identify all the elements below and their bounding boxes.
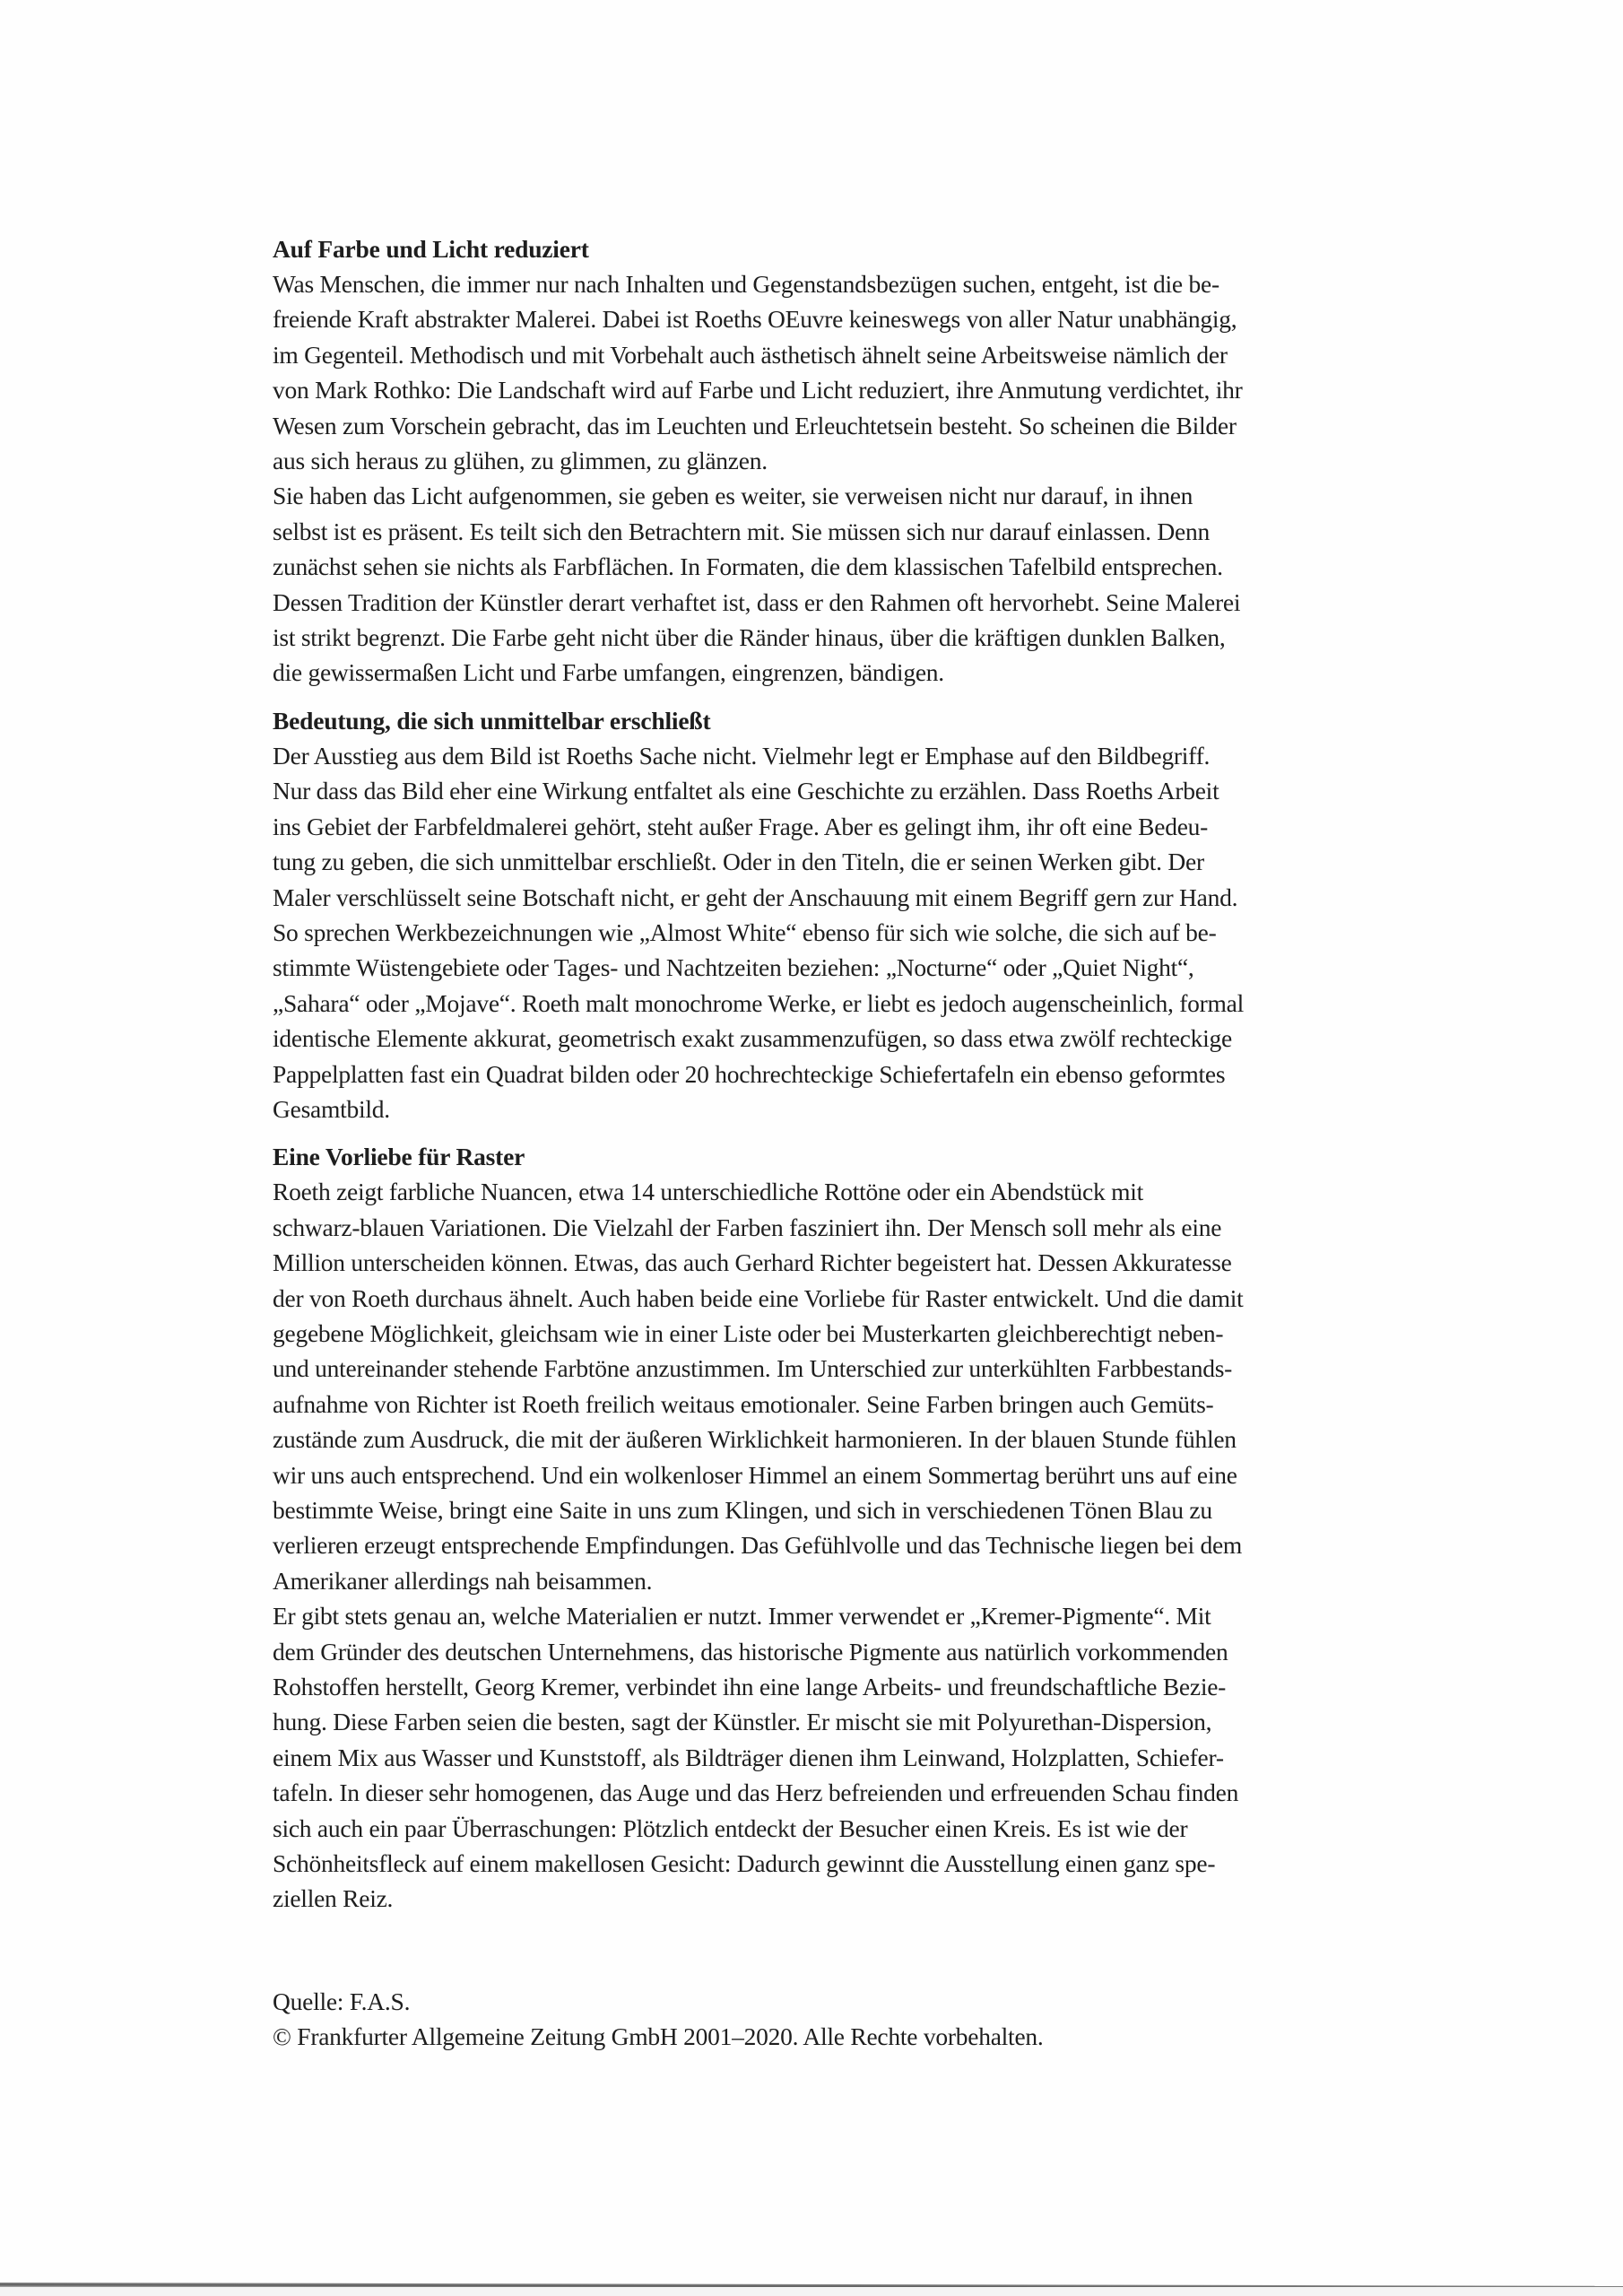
text-line: Rohstoffen herstellt, Georg Kremer, verb… xyxy=(273,1669,1474,1704)
section-heading: Eine Vorliebe für Raster xyxy=(273,1139,1474,1174)
text-line: aus sich heraus zu glühen, zu glimmen, z… xyxy=(273,443,1474,478)
section-heading: Bedeutung, die sich unmittelbar erschlie… xyxy=(273,703,1474,738)
text-line: dem Gründer des deutschen Unternehmens, … xyxy=(273,1634,1474,1669)
article-body: Auf Farbe und Licht reduziert Was Mensch… xyxy=(273,231,1474,1917)
scanned-page: Auf Farbe und Licht reduziert Was Mensch… xyxy=(0,0,1623,2296)
text-line: tung zu geben, die sich unmittelbar ersc… xyxy=(273,844,1474,879)
text-line: zunächst sehen sie nichts als Farbfläche… xyxy=(273,549,1474,584)
text-line: schwarz-blauen Variationen. Die Vielzahl… xyxy=(273,1210,1474,1245)
text-line: Roeth zeigt farbliche Nuancen, etwa 14 u… xyxy=(273,1174,1474,1209)
section-bedeutung: Bedeutung, die sich unmittelbar erschlie… xyxy=(273,703,1474,1126)
section-vorliebe-fuer-raster: Eine Vorliebe für Raster Roeth zeigt far… xyxy=(273,1139,1474,1917)
section-heading: Auf Farbe und Licht reduziert xyxy=(273,231,1474,266)
scan-bottom-margin xyxy=(0,2287,1623,2296)
text-line: bestimmte Weise, bringt eine Saite in un… xyxy=(273,1492,1474,1527)
text-line: einem Mix aus Wasser und Kunststoff, als… xyxy=(273,1740,1474,1775)
text-line: Er gibt stets genau an, welche Materiali… xyxy=(273,1598,1474,1633)
text-line: der von Roeth durchaus ähnelt. Auch habe… xyxy=(273,1281,1474,1316)
text-line: Sie haben das Licht aufgenommen, sie geb… xyxy=(273,478,1474,513)
paragraph: Sie haben das Licht aufgenommen, sie geb… xyxy=(273,478,1474,690)
text-line: ins Gebiet der Farbfeldmalerei gehört, s… xyxy=(273,809,1474,844)
text-line: So sprechen Werkbezeichnungen wie „Almos… xyxy=(273,915,1474,950)
source-footer: Quelle: F.A.S. © Frankfurter Allgemeine … xyxy=(273,1984,1474,2055)
text-line: von Mark Rothko: Die Landschaft wird auf… xyxy=(273,372,1474,407)
text-line: freiende Kraft abstrakter Malerei. Dabei… xyxy=(273,301,1474,336)
text-line: wir uns auch entsprechend. Und ein wolke… xyxy=(273,1457,1474,1492)
text-line: selbst ist es präsent. Es teilt sich den… xyxy=(273,514,1474,549)
text-line: verlieren erzeugt entsprechende Empfindu… xyxy=(273,1527,1474,1562)
paragraph: Was Menschen, die immer nur nach Inhalte… xyxy=(273,266,1474,478)
text-line: ziellen Reiz. xyxy=(273,1881,1474,1916)
text-line: Nur dass das Bild eher eine Wirkung entf… xyxy=(273,773,1474,808)
text-line: „Sahara“ oder „Mojave“. Roeth malt monoc… xyxy=(273,986,1474,1021)
text-line: Schönheitsfleck auf einem makellosen Ges… xyxy=(273,1846,1474,1881)
text-line: aufnahme von Richter ist Roeth freilich … xyxy=(273,1387,1474,1422)
text-line: die gewissermaßen Licht und Farbe umfang… xyxy=(273,655,1474,690)
text-line: Wesen zum Vorschein gebracht, das im Leu… xyxy=(273,408,1474,443)
text-line: sich auch ein paar Überraschungen: Plötz… xyxy=(273,1811,1474,1846)
text-line: hung. Diese Farben seien die besten, sag… xyxy=(273,1704,1474,1739)
paragraph: Der Ausstieg aus dem Bild ist Roeths Sac… xyxy=(273,738,1474,1126)
text-line: identische Elemente akkurat, geometrisch… xyxy=(273,1021,1474,1056)
paragraph: Er gibt stets genau an, welche Materiali… xyxy=(273,1598,1474,1917)
text-line: Gesamtbild. xyxy=(273,1091,1474,1126)
text-line: tafeln. In dieser sehr homogenen, das Au… xyxy=(273,1775,1474,1810)
text-line: Was Menschen, die immer nur nach Inhalte… xyxy=(273,266,1474,301)
source-line: Quelle: F.A.S. xyxy=(273,1984,1474,2019)
text-line: Amerikaner allerdings nah beisammen. xyxy=(273,1563,1474,1598)
text-line: stimmte Wüstengebiete oder Tages- und Na… xyxy=(273,950,1474,985)
paragraph: Roeth zeigt farbliche Nuancen, etwa 14 u… xyxy=(273,1174,1474,1598)
text-line: Der Ausstieg aus dem Bild ist Roeths Sac… xyxy=(273,738,1474,773)
text-line: Pappelplatten fast ein Quadrat bilden od… xyxy=(273,1057,1474,1091)
text-line: Million unterscheiden können. Etwas, das… xyxy=(273,1245,1474,1280)
text-line: und untereinander stehende Farbtöne anzu… xyxy=(273,1351,1474,1386)
text-line: zustände zum Ausdruck, die mit der äußer… xyxy=(273,1422,1474,1457)
source-credit: Quelle: F.A.S. © Frankfurter Allgemeine … xyxy=(273,1984,1474,2055)
text-line: Dessen Tradition der Künstler derart ver… xyxy=(273,585,1474,620)
text-line: ist strikt begrenzt. Die Farbe geht nich… xyxy=(273,620,1474,655)
text-line: im Gegenteil. Methodisch und mit Vorbeha… xyxy=(273,337,1474,372)
copyright-line: © Frankfurter Allgemeine Zeitung GmbH 20… xyxy=(273,2019,1474,2054)
section-auf-farbe-und-licht: Auf Farbe und Licht reduziert Was Mensch… xyxy=(273,231,1474,691)
text-line: gegebene Möglichkeit, gleichsam wie in e… xyxy=(273,1316,1474,1351)
text-line: Maler verschlüsselt seine Botschaft nich… xyxy=(273,880,1474,915)
